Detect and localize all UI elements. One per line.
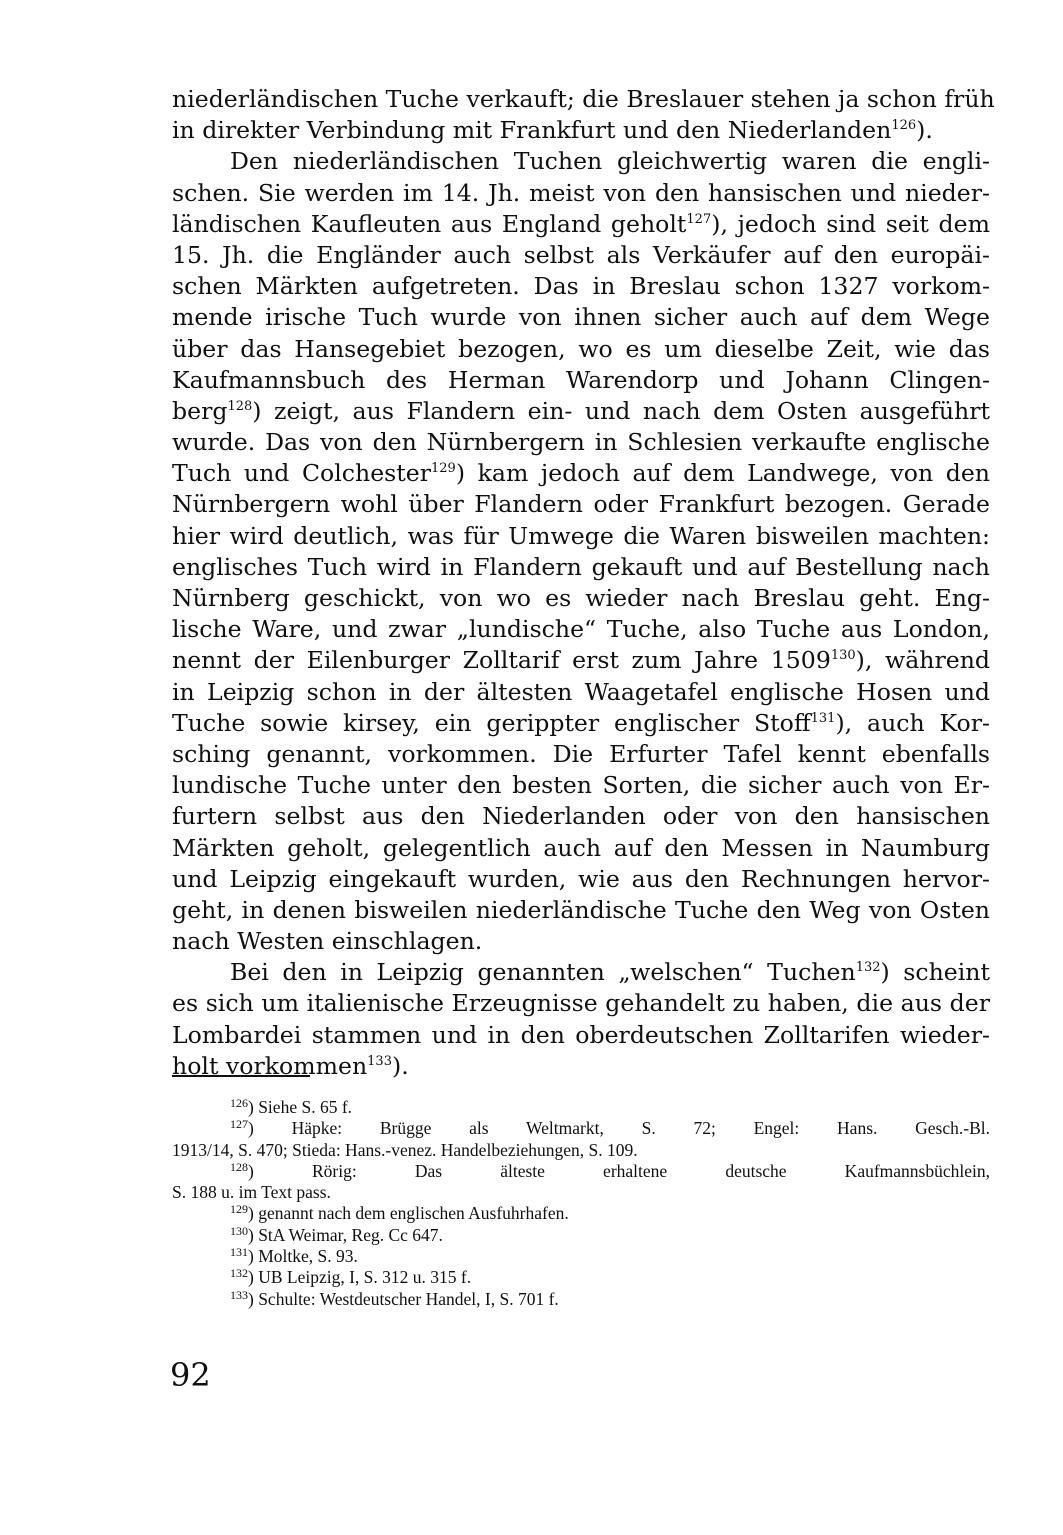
paragraph: Den niederländischen Tuchen gleichwertig… xyxy=(172,146,990,957)
text-line: es sich um italienische Erzeugnisse geha… xyxy=(172,988,990,1019)
line-text: nach Westen einschlagen. xyxy=(172,927,482,955)
text-line: furtern selbst aus den Niederlanden oder… xyxy=(172,801,990,832)
footnote-reference[interactable]: 128 xyxy=(227,399,252,414)
footnote-reference[interactable]: 130 xyxy=(831,648,856,663)
footnote-reference[interactable]: 129 xyxy=(431,461,456,476)
line-text: Tuch und Colchester xyxy=(172,459,431,487)
line-text: Bei den in Leipzig genannten „welschen“ … xyxy=(230,958,856,986)
footnote-line: 128) Rörig: Das älteste erhaltene deutsc… xyxy=(172,1161,990,1182)
footnote-number: 132 xyxy=(230,1266,248,1280)
footnote-line: 130) StA Weimar, Reg. Cc 647. xyxy=(172,1225,990,1246)
footnote-text: ) StA Weimar, Reg. Cc 647. xyxy=(248,1225,443,1245)
footnote: 130) StA Weimar, Reg. Cc 647. xyxy=(172,1225,990,1246)
text-line: nennt der Eilenburger Zolltarif erst zum… xyxy=(172,645,990,676)
footnote-line: 1913/14, S. 470; Stieda: Hans.-venez. Ha… xyxy=(172,1140,990,1161)
text-line: sching genannt, vorkommen. Die Erfurter … xyxy=(172,739,990,770)
line-text: mende irische Tuch wurde von ihnen siche… xyxy=(172,303,990,331)
line-text: ländischen Kaufleuten aus England geholt xyxy=(172,210,686,238)
footnote-text: ) Moltke, S. 93. xyxy=(248,1246,358,1266)
footnote-number: 130 xyxy=(230,1224,248,1238)
line-text-after-reference: ). xyxy=(916,116,933,144)
footnote-reference[interactable]: 126 xyxy=(891,118,916,133)
line-text: Tuche sowie kirsey, ein gerippter englis… xyxy=(172,709,811,737)
footnote-reference[interactable]: 132 xyxy=(856,960,881,975)
text-line: Lombardei stammen und in den oberdeutsch… xyxy=(172,1020,990,1051)
footnotes: 126) Siehe S. 65 f.127) Häpke: Brügge al… xyxy=(172,1097,990,1310)
footnote-separator-rule xyxy=(172,1075,310,1077)
footnote-line: 132) UB Leipzig, I, S. 312 u. 315 f. xyxy=(172,1267,990,1288)
footnote-line: S. 188 u. im Text pass. xyxy=(172,1182,990,1203)
line-text: lische Ware, und zwar „lundische“ Tuche,… xyxy=(172,615,990,643)
footnote-line: 133) Schulte: Westdeutscher Handel, I, S… xyxy=(172,1289,990,1310)
line-text: in direkter Verbindung mit Frankfurt und… xyxy=(172,116,891,144)
line-text-after-reference: ) zeigt, aus Flandern ein- und nach dem … xyxy=(252,397,990,425)
line-text: Kaufmannsbuch des Herman Warendorp und J… xyxy=(172,366,990,394)
footnote-text: S. 188 u. im Text pass. xyxy=(172,1182,331,1202)
line-text: geht, in denen bisweilen niederländische… xyxy=(172,896,990,924)
footnote: 128) Rörig: Das älteste erhaltene deutsc… xyxy=(172,1161,990,1204)
line-text: hier wird deutlich, was für Umwege die W… xyxy=(172,522,990,550)
footnote-text: ) genannt nach dem englischen Ausfuhrhaf… xyxy=(248,1203,569,1223)
text-line: lundische Tuche unter den besten Sorten,… xyxy=(172,770,990,801)
line-text: niederländischen Tuche verkauft; die Bre… xyxy=(172,85,995,113)
footnote-text: 1913/14, S. 470; Stieda: Hans.-venez. Ha… xyxy=(172,1140,638,1160)
text-line: Nürnberg geschickt, von wo es wieder nac… xyxy=(172,583,990,614)
footnote-text: ) UB Leipzig, I, S. 312 u. 315 f. xyxy=(248,1267,471,1287)
footnote-number: 127 xyxy=(230,1117,248,1131)
text-line: englisches Tuch wird in Flandern gekauft… xyxy=(172,552,990,583)
text-line: hier wird deutlich, was für Umwege die W… xyxy=(172,521,990,552)
footnote-text: ) Schulte: Westdeutscher Handel, I, S. 7… xyxy=(248,1289,559,1309)
line-text: englisches Tuch wird in Flandern gekauft… xyxy=(172,553,990,581)
text-line: in Leipzig schon in der ältesten Waageta… xyxy=(172,677,990,708)
line-text: lundische Tuche unter den besten Sorten,… xyxy=(172,771,990,799)
line-text: nennt der Eilenburger Zolltarif erst zum… xyxy=(172,646,831,674)
footnote-number: 126 xyxy=(230,1096,248,1110)
footnote-line: 127) Häpke: Brügge als Weltmarkt, S. 72;… xyxy=(172,1118,990,1139)
text-line: über das Hansegebiet bezogen, wo es um d… xyxy=(172,334,990,365)
text-line: in direkter Verbindung mit Frankfurt und… xyxy=(172,115,990,146)
line-text: schen Märkten aufgetreten. Das in Bresla… xyxy=(172,272,990,300)
footnote-reference[interactable]: 133 xyxy=(367,1054,392,1069)
footnote: 129) genannt nach dem englischen Ausfuhr… xyxy=(172,1203,990,1224)
footnote-number: 129 xyxy=(230,1202,248,1216)
footnote-line: 126) Siehe S. 65 f. xyxy=(172,1097,990,1118)
text-line: schen Märkten aufgetreten. Das in Bresla… xyxy=(172,271,990,302)
line-text-after-reference: ), auch Kor- xyxy=(835,709,990,737)
line-text-after-reference: ) kam jedoch auf dem Landwege, von den xyxy=(456,459,990,487)
text-line: Den niederländischen Tuchen gleichwertig… xyxy=(172,146,990,177)
line-text: sching genannt, vorkommen. Die Erfurter … xyxy=(172,740,990,768)
paragraph: Bei den in Leipzig genannten „welschen“ … xyxy=(172,957,990,1082)
line-text: in Leipzig schon in der ältesten Waageta… xyxy=(172,678,990,706)
line-text: über das Hansegebiet bezogen, wo es um d… xyxy=(172,335,990,363)
text-line: geht, in denen bisweilen niederländische… xyxy=(172,895,990,926)
line-text-after-reference: ), jedoch sind seit dem xyxy=(711,210,990,238)
footnote-number: 133 xyxy=(230,1288,248,1302)
text-line: nach Westen einschlagen. xyxy=(172,926,990,957)
footnote-reference[interactable]: 131 xyxy=(811,711,836,726)
text-line: berg128) zeigt, aus Flandern ein- und na… xyxy=(172,396,990,427)
text-line: ländischen Kaufleuten aus England geholt… xyxy=(172,209,990,240)
line-text: es sich um italienische Erzeugnisse geha… xyxy=(172,989,990,1017)
footnote-text: ) Siehe S. 65 f. xyxy=(248,1097,352,1117)
line-text: Nürnberg geschickt, von wo es wieder nac… xyxy=(172,584,990,612)
line-text: Lombardei stammen und in den oberdeutsch… xyxy=(172,1021,990,1049)
footnote: 127) Häpke: Brügge als Weltmarkt, S. 72;… xyxy=(172,1118,990,1161)
line-text: Nürnbergern wohl über Flandern oder Fran… xyxy=(172,490,990,518)
text-line: wurde. Das von den Nürnbergern in Schles… xyxy=(172,427,990,458)
line-text: Märkten geholt, gelegentlich auch auf de… xyxy=(172,834,990,862)
line-text-after-reference: ). xyxy=(392,1052,409,1080)
footnote-text: ) Rörig: Das älteste erhaltene deutsche … xyxy=(248,1161,990,1181)
line-text: wurde. Das von den Nürnbergern in Schles… xyxy=(172,428,990,456)
text-line: Tuch und Colchester129) kam jedoch auf d… xyxy=(172,458,990,489)
line-text: 15. Jh. die Engländer auch selbst als Ve… xyxy=(172,241,990,269)
text-line: Kaufmannsbuch des Herman Warendorp und J… xyxy=(172,365,990,396)
text-line: lische Ware, und zwar „lundische“ Tuche,… xyxy=(172,614,990,645)
text-line: 15. Jh. die Engländer auch selbst als Ve… xyxy=(172,240,990,271)
text-line: niederländischen Tuche verkauft; die Bre… xyxy=(172,84,990,115)
line-text: furtern selbst aus den Niederlanden oder… xyxy=(172,802,990,830)
footnote-number: 128 xyxy=(230,1160,248,1174)
footnote: 132) UB Leipzig, I, S. 312 u. 315 f. xyxy=(172,1267,990,1288)
footnote-line: 129) genannt nach dem englischen Ausfuhr… xyxy=(172,1203,990,1224)
main-text: niederländischen Tuche verkauft; die Bre… xyxy=(172,84,990,1082)
paragraph: niederländischen Tuche verkauft; die Bre… xyxy=(172,84,990,146)
footnote-reference[interactable]: 127 xyxy=(686,212,711,227)
line-text: und Leipzig eingekauft wurden, wie aus d… xyxy=(172,865,990,893)
text-line: holt vorkommen133). xyxy=(172,1051,990,1082)
page-number: 92 xyxy=(170,1356,211,1394)
footnote: 133) Schulte: Westdeutscher Handel, I, S… xyxy=(172,1289,990,1310)
text-line: Märkten geholt, gelegentlich auch auf de… xyxy=(172,833,990,864)
line-text-after-reference: ) scheint xyxy=(881,958,990,986)
text-line: schen. Sie werden im 14. Jh. meist von d… xyxy=(172,178,990,209)
footnote: 131) Moltke, S. 93. xyxy=(172,1246,990,1267)
text-line: und Leipzig eingekauft wurden, wie aus d… xyxy=(172,864,990,895)
line-text: schen. Sie werden im 14. Jh. meist von d… xyxy=(172,179,990,207)
footnote-text: ) Häpke: Brügge als Weltmarkt, S. 72; En… xyxy=(248,1118,990,1138)
text-line: Bei den in Leipzig genannten „welschen“ … xyxy=(172,957,990,988)
text-line: Nürnbergern wohl über Flandern oder Fran… xyxy=(172,489,990,520)
line-text-after-reference: ), während xyxy=(856,646,990,674)
line-text: berg xyxy=(172,397,227,425)
text-line: Tuche sowie kirsey, ein gerippter englis… xyxy=(172,708,990,739)
text-line: mende irische Tuch wurde von ihnen siche… xyxy=(172,302,990,333)
footnote: 126) Siehe S. 65 f. xyxy=(172,1097,990,1118)
footnote-number: 131 xyxy=(230,1245,248,1259)
line-text: Den niederländischen Tuchen gleichwertig… xyxy=(230,147,990,175)
footnote-line: 131) Moltke, S. 93. xyxy=(172,1246,990,1267)
